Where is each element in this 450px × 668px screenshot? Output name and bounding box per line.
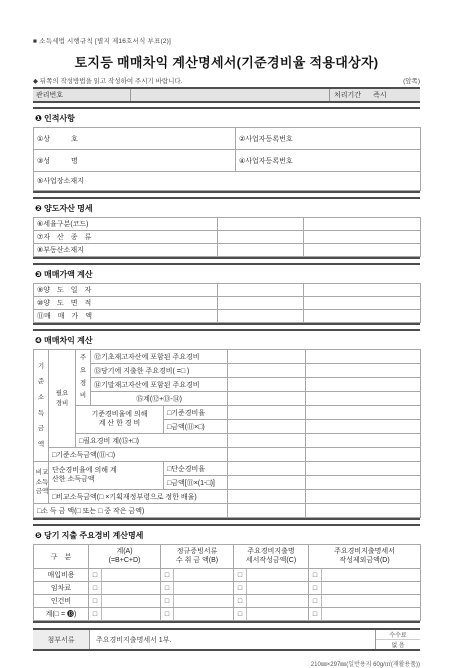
value-cell[interactable] [174,569,234,582]
col-header-category: 구 분 [34,545,89,569]
value-cell[interactable] [304,297,421,310]
value-cell[interactable] [306,462,421,476]
base-income-group-label: 기준소득금액 [34,350,49,462]
checkbox-placeholder[interactable]: □ [309,582,322,595]
value-cell[interactable] [228,420,306,434]
value-cell[interactable] [306,364,421,378]
base-income-amount-label: □기준소득금액(⑪-□) [49,448,228,462]
value-cell[interactable] [247,608,309,621]
process-time-cell: 처리기간 즉시 [330,89,420,101]
row-labor-cost-label: 인건비 [34,595,89,608]
biz-reg-no-2-label[interactable]: ④사업자등록번호 [236,150,421,172]
section-asset-detail: ❷ 양도자산 명세 ⑥세율구분(코드) ⑦자 산 종 류 ⑧부동산소재지 [33,197,420,259]
begin-inventory-expense-label: ⑫기초재고자산에 포함된 주요경비 [91,350,228,364]
value-cell[interactable] [102,569,161,582]
front-page-label: (앞쪽) [403,76,420,85]
value-cell[interactable] [228,504,306,518]
value-cell[interactable] [102,595,161,608]
end-inventory-expense-label: ⑭기말재고자산에 포함된 주요경비 [91,378,228,392]
row-purchase-cost-label: 매입비용 [34,569,89,582]
value-cell[interactable] [218,297,304,310]
section-profit-calc: ❹ 매매차익 계산 기준소득금액 필요경비 주요경비 ⑫기초재고자산에 포함된 … [33,329,420,520]
std-amount-label: □금액(⑪×□) [164,420,228,434]
value-cell[interactable] [306,378,421,392]
value-cell[interactable] [322,595,421,608]
attachment-bar: 첨부서류 주요경비지출명세서 1부. 수수료 없 음 [33,628,420,651]
simple-amount-label: □금액[⑪×(1-□)] [164,476,228,490]
compare-income-group-label: 비교소득금액 [34,462,49,504]
checkbox-placeholder[interactable]: □ [89,582,102,595]
value-cell[interactable] [228,378,306,392]
value-cell[interactable] [228,462,306,476]
row-rent-label: 임차료 [34,582,89,595]
simple-rate-label: □단순경비율 [164,462,228,476]
section-sale-price-title: ❸ 매매가액 계산 [33,265,420,283]
income-amount-label: □소 득 금 액(□ 또는 □ 중 작은 금액) [34,504,228,518]
value-cell[interactable] [218,284,304,297]
regulation-stamp: ■ 소득세법 시행규칙 [별지 제16호서식 부표(2)] [33,36,420,45]
col-header-excluded-d: 주요경비지출명세서 작성제외금액(D) [309,545,421,569]
value-cell[interactable] [306,392,421,406]
paper-spec-footer: 210㎜×297㎜(일반용지 60g/㎡(재활용품)) [33,659,420,668]
std-rate-calc-label: 기준경비율에 의해 계 산 한 경 비 [76,406,164,434]
value-cell[interactable] [228,434,306,448]
section-profit-calc-title: ❹ 매매차익 계산 [33,331,420,349]
value-cell[interactable] [174,608,234,621]
checkbox-placeholder[interactable]: □ [89,569,102,582]
section-expense-detail-title: ❺ 당기 지출 주요경비 계산명세 [33,526,420,544]
col-header-receipt-b: 정규증빙서류 수 취 금 액(B) [161,545,234,569]
required-expense-group-label: 필요경비 [49,350,76,448]
fill-note: ◆ 뒤쪽의 작성방법을 읽고 작성하여 주시기 바랍니다. [33,76,183,85]
manage-no-input-cell[interactable] [130,89,330,101]
value-cell[interactable] [304,244,421,257]
asset-type-label: ⑦자 산 종 류 [34,231,218,244]
value-cell[interactable] [247,582,309,595]
sale-amount-label: ⑪매 매 가 액 [34,310,218,323]
value-cell[interactable] [174,582,234,595]
transfer-area-label: ⑩양 도 면 적 [34,297,218,310]
checkbox-placeholder[interactable]: □ [309,595,322,608]
section-asset-detail-title: ❷ 양도자산 명세 [33,199,420,217]
checkbox-placeholder[interactable]: □ [161,608,174,621]
asset-detail-table: ⑥세율구분(코드) ⑦자 산 종 류 ⑧부동산소재지 [33,217,421,257]
checkbox-placeholder[interactable]: □ [89,595,102,608]
checkbox-placeholder[interactable]: □ [161,582,174,595]
company-name-label: ①상 호 [34,128,236,150]
value-cell[interactable] [228,406,306,420]
checkbox-placeholder[interactable]: □ [161,595,174,608]
value-cell[interactable] [306,420,421,434]
value-cell[interactable] [304,231,421,244]
transfer-date-label: ⑨양 도 일 자 [34,284,218,297]
biz-reg-no-1-label[interactable]: ②사업자등록번호 [236,128,421,150]
col-header-statement-c: 주요경비지출명 세서작성금액(C) [234,545,309,569]
value-cell[interactable] [218,231,304,244]
tax-rate-class-label: ⑥세율구분(코드) [34,218,218,231]
section-personal-info-title: ❶ 인적사항 [33,109,420,127]
sale-price-table: ⑨양 도 일 자 ⑩양 도 면 적 ⑪매 매 가 액 [33,283,421,323]
checkbox-placeholder[interactable]: □ [234,582,247,595]
expense-detail-table: 구 분 계(A) (=B+C+D) 정규증빙서류 수 취 금 액(B) 주요경비… [33,544,421,621]
note-row: ◆ 뒤쪽의 작성방법을 읽고 작성하여 주시기 바랍니다. (앞쪽) [33,76,420,85]
row-total-label: 계(□ = ⓭) [34,608,89,621]
checkbox-placeholder[interactable]: □ [309,569,322,582]
checkbox-placeholder[interactable]: □ [234,608,247,621]
property-location-label: ⑧부동산소재지 [34,244,218,257]
value-cell[interactable] [102,608,161,621]
value-cell[interactable] [174,595,234,608]
value-cell[interactable] [247,569,309,582]
section-sale-price: ❸ 매매가액 계산 ⑨양 도 일 자 ⑩양 도 면 적 ⑪매 매 가 액 [33,263,420,325]
compare-income-amount-label: □비교소득금액(□ ×기획재정부령으로 정한 배율) [49,490,228,504]
value-cell[interactable] [304,310,421,323]
value-cell[interactable] [304,218,421,231]
major-expense-total-label: ⑮계(⑫+⑬-⑭) [91,392,228,406]
col-header-total-a: 계(A) (=B+C+D) [89,545,161,569]
value-cell[interactable] [228,490,306,504]
checkbox-placeholder[interactable]: □ [234,569,247,582]
checkbox-placeholder[interactable]: □ [89,608,102,621]
value-cell[interactable] [228,364,306,378]
value-cell[interactable] [306,448,421,462]
value-cell[interactable] [218,244,304,257]
value-cell[interactable] [306,504,421,518]
business-address-label[interactable]: ⑤사업장소재지 [34,172,421,191]
section-expense-detail: ❺ 당기 지출 주요경비 계산명세 구 분 계(A) (=B+C+D) 정규증빙… [33,524,420,623]
checkbox-placeholder[interactable]: □ [161,569,174,582]
value-cell[interactable] [228,392,306,406]
owner-name-label: ③성 명 [34,150,236,172]
attachment-value: 주요경비지출명세서 1부. [90,630,375,649]
value-cell[interactable] [306,434,421,448]
manage-bar: 관리번호 처리기간 즉시 [33,87,420,103]
attachment-label: 첨부서류 [33,630,90,649]
value-cell[interactable] [322,569,421,582]
process-time-label: 처리기간 [334,90,361,100]
value-cell[interactable] [218,310,304,323]
form-page: ■ 소득세법 시행규칙 [별지 제16호서식 부표(2)] 토지등 매매차익 계… [0,0,450,636]
simple-rate-calc-label: 단순경비율에 의해 계 산한 소득금액 [49,462,164,490]
profit-calc-table: 기준소득금액 필요경비 주요경비 ⑫기초재고자산에 포함된 주요경비 ⑬당기에 … [33,349,421,518]
fee-value: 없 음 [376,640,420,649]
personal-info-table: ①상 호 ②사업자등록번호 ③성 명 ④사업자등록번호 ⑤사업장소재지 [33,127,421,191]
std-rate-label: □기준경비율 [164,406,228,420]
checkbox-placeholder[interactable]: □ [234,595,247,608]
fee-label: 수수료 [376,630,420,640]
process-time-value: 즉시 [373,90,387,100]
value-cell[interactable] [322,608,421,621]
value-cell[interactable] [322,582,421,595]
value-cell[interactable] [247,595,309,608]
value-cell[interactable] [304,284,421,297]
value-cell[interactable] [306,490,421,504]
major-expense-group-label: 주요경비 [76,350,91,406]
period-expense-label: ⑬당기에 지출한 주요경비( =□ ) [91,364,228,378]
value-cell[interactable] [228,350,306,364]
required-expense-total-label: □필요경비 계(⑮+□) [76,434,228,448]
section-personal-info: ❶ 인적사항 ①상 호 ②사업자등록번호 ③성 명 ④사업자등록번호 ⑤사업장소… [33,107,420,193]
value-cell[interactable] [306,350,421,364]
value-cell[interactable] [218,218,304,231]
checkbox-placeholder[interactable]: □ [309,608,322,621]
fee-cell: 수수료 없 음 [375,630,420,649]
value-cell[interactable] [102,582,161,595]
manage-no-label: 관리번호 [33,89,130,101]
value-cell[interactable] [228,448,306,462]
value-cell[interactable] [306,476,421,490]
value-cell[interactable] [306,406,421,420]
value-cell[interactable] [228,476,306,490]
form-title: 토지등 매매차익 계산명세서(기준경비율 적용대상자) [33,52,420,71]
